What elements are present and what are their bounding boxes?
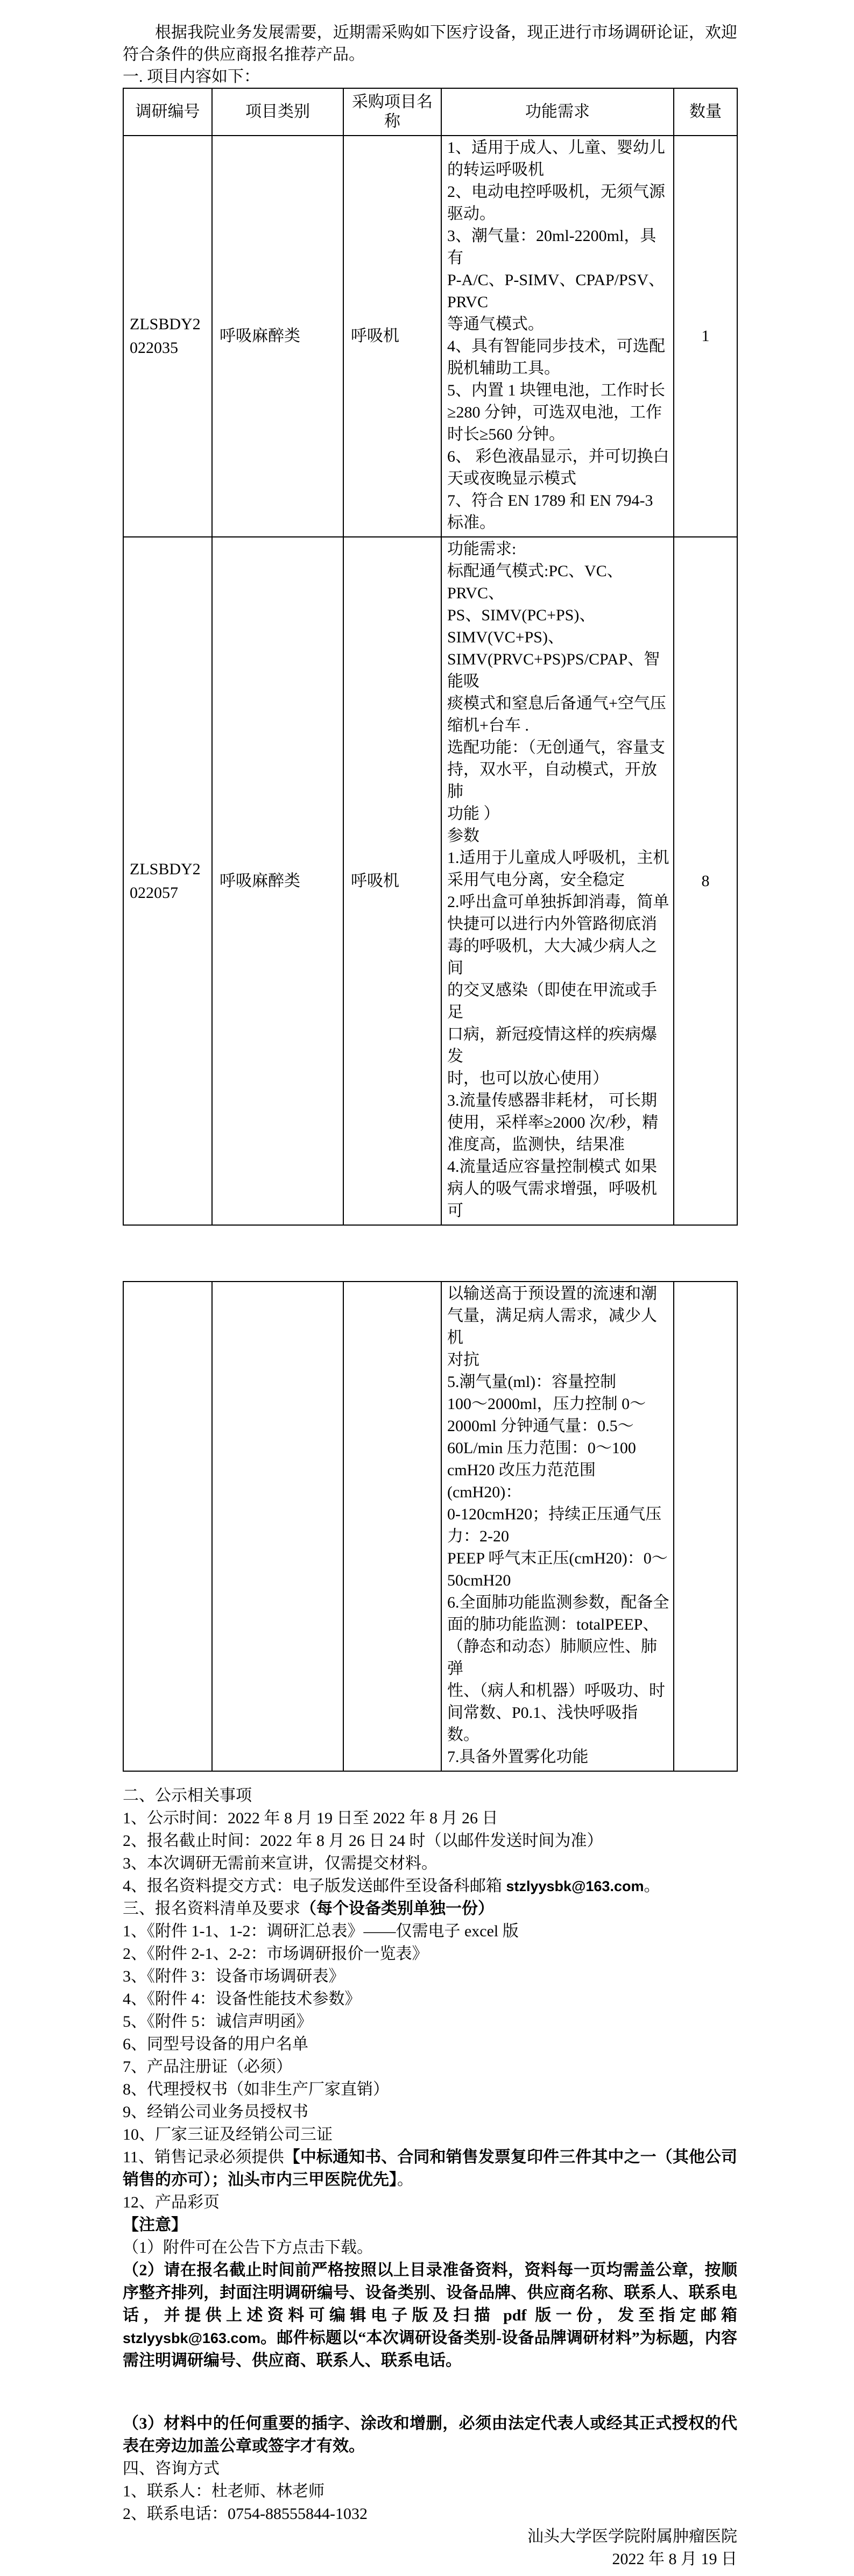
- quantity-empty: [674, 1282, 737, 1771]
- quantity: 8: [674, 537, 737, 1225]
- notice-item-3: （3）材料中的任何重要的插字、涂改和增删，必须由法定代表人或经其正式授权的代表在…: [123, 2412, 737, 2458]
- section3-heading-text: 三、报名资料清单及要求: [123, 1900, 300, 1917]
- section2-heading: 二、公示相关事项: [123, 1785, 737, 1807]
- section4-heading: 四、咨询方式: [123, 2458, 737, 2480]
- list-item-sales-record: 11、销售记录必须提供【中标通知书、合同和销售发票复印件三件其中之一（其他公司销…: [123, 2146, 737, 2191]
- list-item: 10、厂家三证及经销公司三证: [123, 2124, 737, 2146]
- survey-code-empty: [123, 1282, 212, 1771]
- list-item: 12、产品彩页: [123, 2191, 737, 2214]
- table-row: ZLSBDY2022057 呼吸麻醉类 呼吸机 功能需求: 标配通气模式:PC、…: [123, 537, 737, 1225]
- list-item: 8、代理授权书（如非生产厂家直销）: [123, 2078, 737, 2101]
- project-category: 呼吸麻醉类: [212, 537, 343, 1225]
- project-category-empty: [212, 1282, 343, 1771]
- procurement-table-continuation: 以输送高于预设置的流速和潮 气量，满足病人需求，减少人机 对抗 5.潮气量(ml…: [123, 1281, 738, 1772]
- list-item: 3、本次调研无需前来宣讲，仅需提交材料。: [123, 1852, 737, 1875]
- text-sections: 二、公示相关事项 1、公示时间：2022 年 8 月 19 日至 2022 年 …: [123, 1785, 737, 2571]
- sales-record-period: 。: [397, 2171, 413, 2189]
- notice-item-1: （1）附件可在公告下方点击下载。: [123, 2237, 737, 2259]
- header-quantity: 数量: [674, 88, 737, 136]
- header-purchase-item-name: 采购项目名称: [343, 88, 441, 136]
- header-function-requirements: 功能需求: [441, 88, 674, 136]
- table-row: ZLSBDY2022035 呼吸麻醉类 呼吸机 1、适用于成人、儿童、婴幼儿 的…: [123, 136, 737, 537]
- function-requirements: 1、适用于成人、儿童、婴幼儿 的转运呼吸机 2、电动电控呼吸机，无须气源 驱动。…: [441, 136, 674, 537]
- list-item: 5、《附件 5：诚信声明函》: [123, 2011, 737, 2033]
- email-address: stzlyysbk@163.com: [506, 1878, 644, 1894]
- survey-code: ZLSBDY2022035: [123, 136, 212, 537]
- list-item: 2、报名截止时间：2022 年 8 月 26 日 24 时（以邮件发送时间为准）: [123, 1830, 737, 1852]
- purchase-item-name: 呼吸机: [343, 537, 441, 1225]
- purchase-item-name-empty: [343, 1282, 441, 1771]
- list-item: 4、《附件 4：设备性能技术参数》: [123, 1988, 737, 2011]
- intro-paragraph: 根据我院业务发展需要，近期需采购如下医疗设备，现正进行市场调研论证，欢迎符合条件…: [123, 22, 737, 66]
- notice-title: 【注意】: [123, 2214, 737, 2237]
- list-item: 3、《附件 3：设备市场调研表》: [123, 1965, 737, 1988]
- contact-person: 1、联系人：杜老师、林老师: [123, 2480, 737, 2503]
- table-header-row: 调研编号 项目类别 采购项目名称 功能需求 数量: [123, 88, 737, 136]
- header-survey-code: 调研编号: [123, 88, 212, 136]
- header-project-category: 项目类别: [212, 88, 343, 136]
- notice-2-text: （2）请在报名截止时间前严格按照以上目录准备资料，资料每一页均需盖公章，按顺序整…: [123, 2261, 737, 2324]
- section3-heading: 三、报名资料清单及要求（每个设备类别单独一份）: [123, 1898, 737, 1920]
- list-item: 4、报名资料提交方式：电子版发送邮件至设备科邮箱 stzlyysbk@163.c…: [123, 1875, 737, 1898]
- function-requirements-continued: 以输送高于预设置的流速和潮 气量，满足病人需求，减少人机 对抗 5.潮气量(ml…: [441, 1282, 674, 1771]
- list-item: 7、产品注册证（必须）: [123, 2056, 737, 2078]
- email-address: stzlyysbk@163.com: [123, 2330, 260, 2346]
- function-requirements: 功能需求: 标配通气模式:PC、VC、PRVC、 PS、SIMV(PC+PS)、…: [441, 537, 674, 1225]
- project-category: 呼吸麻醉类: [212, 136, 343, 537]
- signature-org: 汕头大学医学院附属肿瘤医院: [123, 2525, 737, 2548]
- contact-phone: 2、联系电话：0754-88555844-1032: [123, 2503, 737, 2525]
- quantity: 1: [674, 136, 737, 537]
- survey-code: ZLSBDY2022057: [123, 537, 212, 1225]
- list-item: 6、同型号设备的用户名单: [123, 2033, 737, 2056]
- notice-item-2: （2）请在报名截止时间前严格按照以上目录准备资料，资料每一页均需盖公章，按顺序整…: [123, 2259, 737, 2372]
- list-item: 2、《附件 2-1、2-2：市场调研报价一览表》: [123, 1943, 737, 1965]
- table-row: 以输送高于预设置的流速和潮 气量，满足病人需求，减少人机 对抗 5.潮气量(ml…: [123, 1282, 737, 1771]
- submit-method-period: 。: [644, 1877, 660, 1895]
- procurement-table: 调研编号 项目类别 采购项目名称 功能需求 数量 ZLSBDY2022035 呼…: [123, 88, 738, 1226]
- purchase-item-name: 呼吸机: [343, 136, 441, 537]
- signature-date: 2022 年 8 月 19 日: [123, 2548, 737, 2571]
- submit-method-text: 4、报名资料提交方式：电子版发送邮件至设备科邮箱: [123, 1877, 506, 1895]
- list-item: 9、经销公司业务员授权书: [123, 2101, 737, 2124]
- section3-heading-emphasis: （每个设备类别单独一份）: [300, 1900, 494, 1917]
- document-page: 根据我院业务发展需要，近期需采购如下医疗设备，现正进行市场调研论证，欢迎符合条件…: [0, 0, 854, 2576]
- section1-heading: 一. 项目内容如下：: [123, 66, 737, 88]
- sales-record-pre: 11、销售记录必须提供: [123, 2148, 284, 2166]
- list-item: 1、公示时间：2022 年 8 月 19 日至 2022 年 8 月 26 日: [123, 1807, 737, 1830]
- list-item: 1、《附件 1-1、1-2：调研汇总表》——仅需电子 excel 版: [123, 1920, 737, 1943]
